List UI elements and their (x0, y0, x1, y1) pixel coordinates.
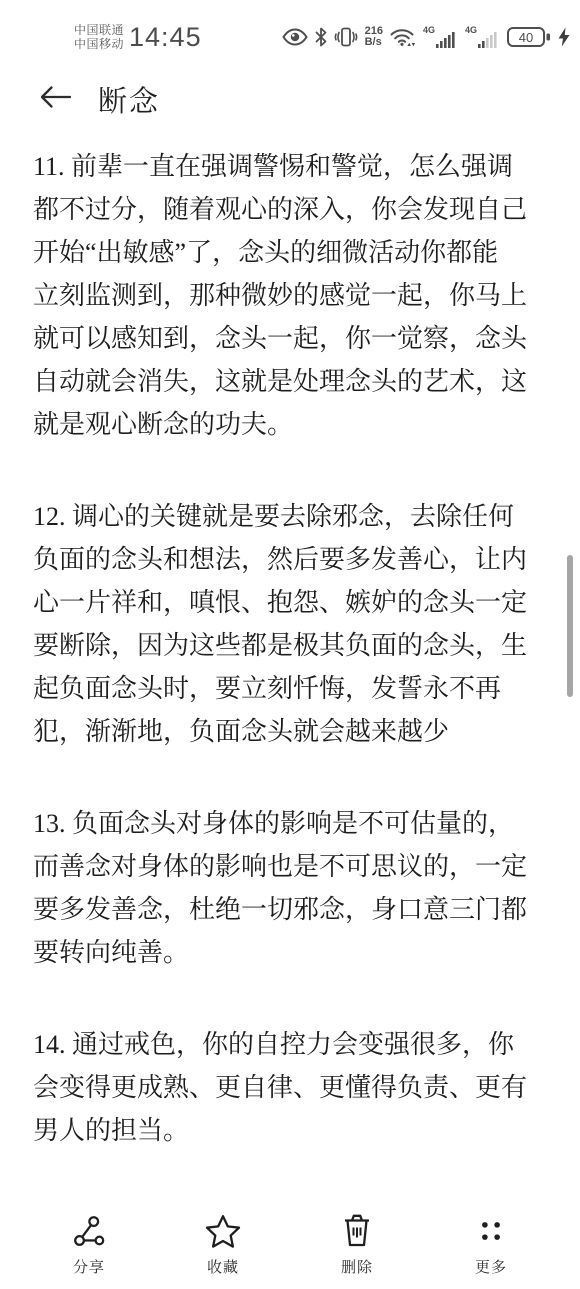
carrier-line2: 中国移动 (74, 37, 124, 51)
charging-bolt-icon (558, 27, 570, 47)
page-title: 断念 (98, 79, 160, 120)
share-icon (71, 1213, 107, 1249)
text-line: 会变得更成熟、更自律、更懂得负责、更有 (33, 1066, 560, 1109)
more-label: 更多 (475, 1256, 507, 1277)
bluetooth-icon (315, 27, 327, 47)
text-line: 男人的担当。 (33, 1109, 560, 1152)
network-type-label-1: 4G (423, 26, 435, 35)
delete-label: 删除 (341, 1256, 373, 1277)
bottom-toolbar: 分享 收藏 删除 (0, 1201, 580, 1289)
signal-bars-icon-1: 4G (423, 26, 458, 48)
eye-comfort-icon (282, 28, 308, 46)
text-line: 立刻监测到，那种微妙的感觉一起，你马上 (33, 274, 560, 317)
text-line: 11. 前辈一直在强调警惕和警觉，怎么强调 (33, 145, 560, 188)
clock: 14:45 (129, 22, 202, 53)
text-line: 自动就会消失，这就是处理念头的艺术，这 (33, 360, 560, 403)
text-line: 13. 负面念头对身体的影响是不可估量的， (33, 802, 560, 845)
text-line: 要多发善念，杜绝一切邪念，身口意三门都 (33, 888, 560, 931)
carrier-line1: 中国联通 (74, 23, 124, 37)
paragraph: 14. 通过戒色，你的自控力会变强很多，你会变得更成熟、更自律、更懂得负责、更有… (33, 1023, 560, 1152)
network-speed-unit: B/s (365, 37, 383, 48)
text-line: 负面的念头和想法，然后要多发善心，让内 (33, 538, 560, 581)
paragraph: 13. 负面念头对身体的影响是不可估量的，而善念对身体的影响也是不可思议的，一定… (33, 802, 560, 974)
battery-level: 40 (519, 30, 533, 45)
favorite-button[interactable]: 收藏 (156, 1201, 290, 1289)
scrollbar-thumb[interactable] (567, 555, 573, 697)
screen: 中国联通 中国移动 14:45 (0, 0, 580, 1289)
vibrate-icon (334, 27, 358, 47)
text-line: 起负面念头时，要立刻忏悔，发誓永不再 (33, 667, 560, 710)
more-dots-icon (473, 1213, 509, 1249)
favorite-label: 收藏 (207, 1256, 239, 1277)
share-button[interactable]: 分享 (22, 1201, 156, 1289)
paragraph: 12. 调心的关键就是要去除邪念，去除任何负面的念头和想法，然后要多发善心，让内… (33, 495, 560, 753)
text-line: 就可以感知到，念头一起，你一觉察，念头 (33, 317, 560, 360)
text-line: 就是观心断念的功夫。 (33, 403, 560, 446)
battery-icon: 40 (507, 26, 551, 48)
signal-bars-icon-2: 4G (465, 26, 500, 48)
text-line: 犯，渐渐地，负面念头就会越来越少 (33, 710, 560, 753)
text-line: 12. 调心的关键就是要去除邪念，去除任何 (33, 495, 560, 538)
back-arrow-icon[interactable] (38, 84, 72, 115)
text-line: 而善念对身体的影响也是不可思议的，一定 (33, 845, 560, 888)
text-line: 要转向纯善。 (33, 931, 560, 974)
carrier-names: 中国联通 中国移动 (74, 23, 124, 51)
nav-bar: 断念 (0, 70, 580, 128)
share-label: 分享 (73, 1256, 105, 1277)
content-area: 11. 前辈一直在强调警惕和警觉，怎么强调都不过分，随着观心的深入，你会发现自己… (33, 145, 560, 1201)
text-line: 开始“出敏感”了，念头的细微活动你都能 (33, 231, 560, 274)
network-type-label-2: 4G (465, 26, 477, 35)
wifi-icon (390, 27, 416, 47)
network-speed: 216 B/s (365, 26, 383, 48)
text-line: 都不过分，随着观心的深入，你会发现自己 (33, 188, 560, 231)
trash-icon (339, 1213, 375, 1249)
star-icon (205, 1213, 241, 1249)
text-line: 心一片祥和，嗔恨、抱怨、嫉妒的念头一定 (33, 581, 560, 624)
status-bar: 中国联通 中国移动 14:45 (0, 0, 580, 62)
more-button[interactable]: 更多 (424, 1201, 558, 1289)
delete-button[interactable]: 删除 (290, 1201, 424, 1289)
text-line: 要断除，因为这些都是极其负面的念头，生 (33, 624, 560, 667)
status-icons: 216 B/s 4G (282, 26, 570, 48)
text-line: 14. 通过戒色，你的自控力会变强很多，你 (33, 1023, 560, 1066)
paragraph: 11. 前辈一直在强调警惕和警觉，怎么强调都不过分，随着观心的深入，你会发现自己… (33, 145, 560, 446)
